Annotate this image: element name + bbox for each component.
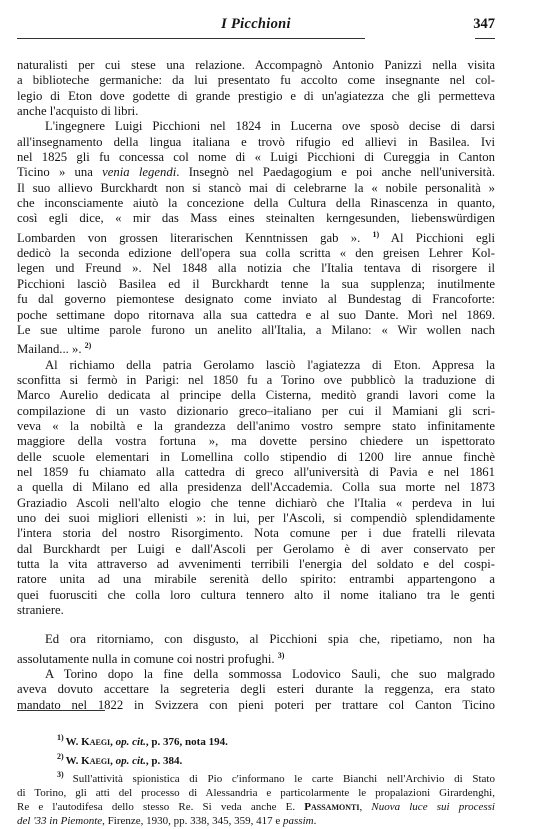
italic-text: venia legendi — [102, 165, 176, 179]
text-line: Mailand... ». 2) — [17, 338, 495, 357]
text-line: a biblioteche germaniche: da lui present… — [17, 73, 495, 88]
author-name: W. Kaegi, — [66, 755, 116, 767]
text-line: dedicò la seconda edizione dell'opera su… — [17, 246, 495, 261]
author-name: Passamonti — [304, 801, 359, 813]
text-line: maggiore della vostra fortuna », ma dove… — [17, 434, 495, 449]
text-line: Al richiamo della patria Gerolamo lasciò… — [17, 358, 495, 373]
text-line: straniere. — [17, 603, 495, 618]
footnote-line: Re e l'autodifesa dello stesso Re. Si ve… — [17, 801, 495, 815]
text-line: Lombarden von grossen literarischen Kenn… — [17, 227, 495, 246]
footnote-text: del '33 in Piemonte, Firenze, 1930, pp. … — [17, 815, 316, 827]
text-line: dal Burckhardt per Luigi e dall'Ascoli p… — [17, 542, 495, 557]
paragraph: naturalisti per cui stese una relazione.… — [17, 58, 495, 119]
text-line: tutta la vita attraverso ad avvenimenti … — [17, 557, 495, 572]
italic-text: op. cit. — [116, 736, 146, 748]
italic-text: Nuova luce sui processi — [371, 801, 495, 813]
text-line: legen und Freund ». Nel 1848 alla notizi… — [17, 261, 495, 276]
text-line: compilazione di un vasto dizionario grec… — [17, 404, 495, 419]
text-line: quei fuorusciti che colla loro cultura t… — [17, 588, 495, 603]
paragraph: A Torino dopo la fine della sommossa Lod… — [17, 667, 495, 713]
page-number: 347 — [473, 16, 495, 33]
text-line: veva « la nobiltà e la grandezza dell'an… — [17, 419, 495, 434]
footnote-line: di Torino, gli atti del processo di Ales… — [17, 787, 495, 801]
author-name: W. Kaegi, — [66, 736, 116, 748]
footnote-marker: 2) — [57, 752, 66, 761]
footnote-text: Sull'attività spionistica di Pio c'infor… — [73, 773, 495, 785]
text-line: così egli dice, « mir das Mass eines ste… — [17, 211, 495, 226]
footnote-separator — [17, 710, 105, 711]
footnote-text: Re e l'autodifesa dello stesso Re. Si ve… — [17, 801, 495, 813]
text-line: che inconsciamente aiutò la concezione d… — [17, 196, 495, 211]
paragraph: Al richiamo della patria Gerolamo lasciò… — [17, 358, 495, 619]
text-line: ratore unita ad una mirabile serenità de… — [17, 572, 495, 587]
text-line: fu dal governo piemontese designato come… — [17, 292, 495, 307]
page-number-rule — [475, 38, 495, 39]
footnote-reference: 3) — [278, 651, 285, 660]
text-line: naturalisti per cui stese una relazione.… — [17, 58, 495, 73]
text-line: a quella di Milano ed alla presidenza de… — [17, 480, 495, 495]
text-line: nel 1859 fu chiamato alla cattedra di gr… — [17, 465, 495, 480]
text-line: Ed ora ritorniamo, con disgusto, al Picc… — [17, 632, 495, 647]
text-line: aveva dovuto accettare la segreteria deg… — [17, 682, 495, 697]
text-line: uno dei suoi migliori ellenisti »: in lu… — [17, 511, 495, 526]
text-line: Picchioni lasciò Basilea ed il Burckhard… — [17, 277, 495, 292]
footnote-line: del '33 in Piemonte, Firenze, 1930, pp. … — [17, 815, 495, 829]
text-line: Il suo allievo Burckhardt non si stancò … — [17, 181, 495, 196]
italic-text: op. cit. — [116, 755, 146, 767]
footnote-line: 1) W. Kaegi, op. cit., p. 376, nota 194. — [17, 731, 495, 750]
paragraph: L'ingegnere Luigi Picchioni nel 1824 in … — [17, 119, 495, 357]
text-line: l'intera storia del nostro Risorgimento.… — [17, 526, 495, 541]
footnote-reference: 2) — [85, 341, 92, 350]
footnote-reference: 1) — [373, 230, 380, 239]
text-line: Le sue ultime parole furono un anelito a… — [17, 323, 495, 338]
text-line: assolutamente nulla in comune coi nostri… — [17, 648, 495, 667]
footnote-text: op. cit., p. 384. — [116, 755, 183, 767]
text-line: Marco Aurelio dedicata al principe della… — [17, 388, 495, 403]
footnote-text: op. cit., p. 376, nota 194. — [116, 736, 228, 748]
italic-text: del '33 in Piemonte — [17, 815, 102, 827]
text-line: sconfitta si fermò in Parigi: nel 1850 f… — [17, 373, 495, 388]
italic-text: passim — [283, 815, 314, 827]
body-text: naturalisti per cui stese una relazione.… — [17, 58, 495, 713]
text-line: delle scuole elementari in Lomellina col… — [17, 450, 495, 465]
footnote-line: 3) Sull'attività spionistica di Pio c'in… — [17, 768, 495, 787]
header-rule — [17, 38, 365, 39]
text-line: poche settimane dopo ritornava alla sua … — [17, 308, 495, 323]
footnote-marker: 1) — [57, 733, 66, 742]
running-title: I Picchioni — [17, 16, 495, 33]
footnotes: 1) W. Kaegi, op. cit., p. 376, nota 194.… — [17, 731, 495, 828]
text-line: nel 1825 gli fu concessa col nome di « L… — [17, 150, 495, 165]
text-line: anche l'acquisto di libri. — [17, 104, 495, 119]
text-line: legio di Eton dove godette di grande pre… — [17, 89, 495, 104]
text-line: Graziadio Ascoli nell'alto elogio che te… — [17, 496, 495, 511]
text-line: A Torino dopo la fine della sommossa Lod… — [17, 667, 495, 682]
footnote-marker: 3) — [57, 770, 73, 779]
text-line: L'ingegnere Luigi Picchioni nel 1824 in … — [17, 119, 495, 134]
running-head: I Picchioni 347 — [17, 14, 495, 38]
footnote-text: di Torino, gli atti del processo di Ales… — [17, 787, 495, 799]
text-line: Ticino » una venia legendi. Insegnò nel … — [17, 165, 495, 180]
footnote-line: 2) W. Kaegi, op. cit., p. 384. — [17, 750, 495, 769]
text-line: all'insegnamento della lingua italiana e… — [17, 135, 495, 150]
book-page: I Picchioni 347 naturalisti per cui stes… — [0, 0, 550, 829]
paragraph: Ed ora ritorniamo, con disgusto, al Picc… — [17, 632, 495, 667]
